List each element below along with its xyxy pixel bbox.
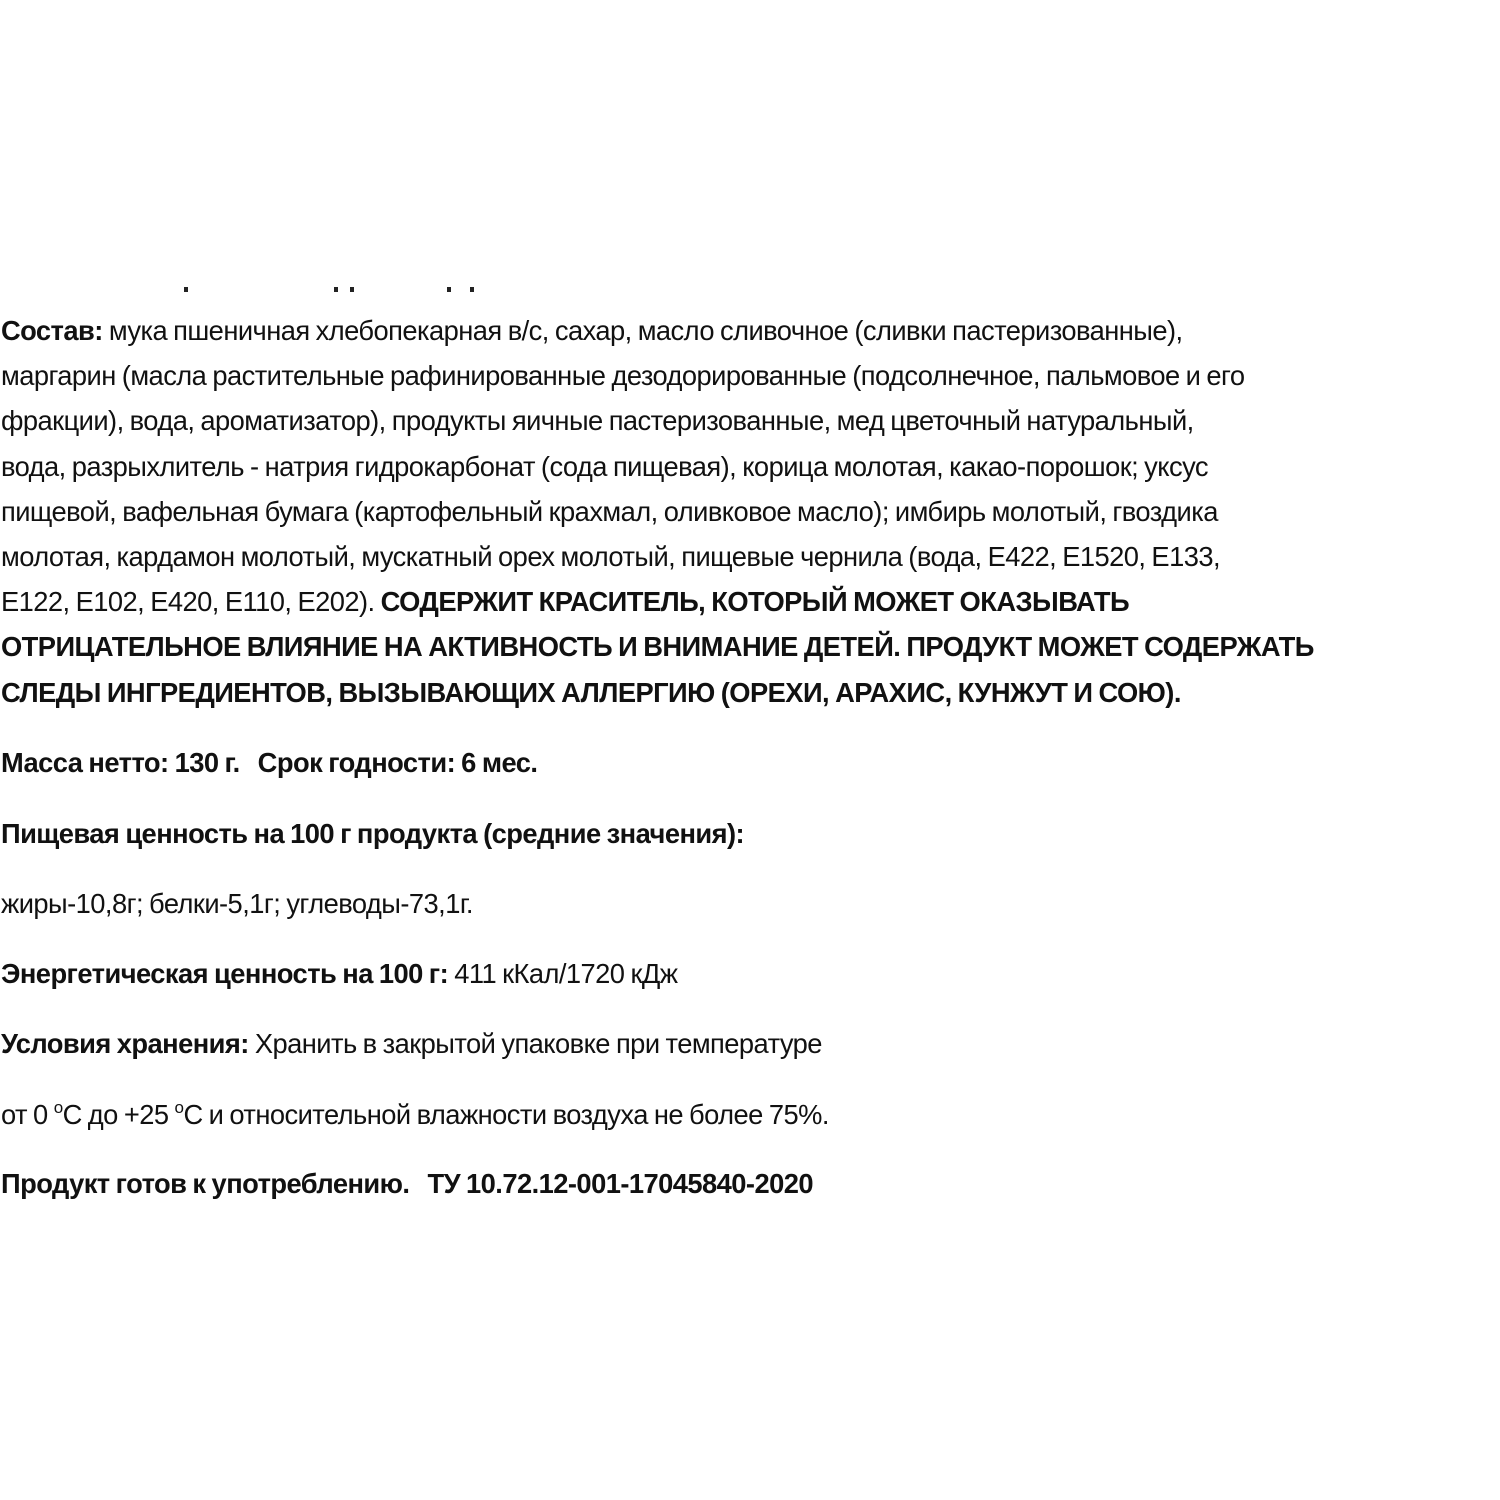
composition-line: Е122, Е102, Е420, Е110, Е202). СОДЕРЖИТ … xyxy=(1,579,1500,624)
dot xyxy=(350,287,354,292)
composition-line: Состав: мука пшеничная хлебопекарная в/с… xyxy=(1,308,1500,353)
storage-label: Условия хранения: xyxy=(1,1028,249,1059)
storage-conditions-row: Условия хранения: Хранить в закрытой упа… xyxy=(1,1028,822,1060)
cropped-text-remnant xyxy=(0,287,700,297)
dot xyxy=(334,287,338,292)
composition-line: молотая, кардамон молотый, мускатный оре… xyxy=(1,534,1500,579)
energy-label: Энергетическая ценность на 100 г: xyxy=(1,958,448,989)
composition-section: Состав: мука пшеничная хлебопекарная в/с… xyxy=(1,308,1500,715)
allergen-warning-line: СЛЕДЫ ИНГРЕДИЕНТОВ, ВЫЗЫВАЮЩИХ АЛЛЕРГИЮ … xyxy=(1,670,1500,715)
dot xyxy=(447,287,451,292)
degree-symbol: о xyxy=(54,1098,63,1117)
nutrition-values: жиры-10,8г; белки-5,1г; углеводы-73,1г. xyxy=(1,888,473,920)
net-weight: Масса нетто: 130 г. xyxy=(1,747,240,778)
composition-line: вода, разрыхлитель - натрия гидрокарбона… xyxy=(1,444,1500,489)
storage-value: Хранить в закрытой упаковке при температ… xyxy=(255,1028,822,1059)
energy-value: 411 кКал/1720 кДж xyxy=(454,958,677,989)
weight-shelf-life-row: Масса нетто: 130 г.Срок годности: 6 мес. xyxy=(1,747,537,779)
technical-standard: ТУ 10.72.12-001-17045840-2020 xyxy=(427,1168,813,1199)
composition-label: Состав: xyxy=(1,315,103,346)
ready-to-eat: Продукт готов к употреблению. xyxy=(1,1168,409,1199)
composition-line: пищевой, вафельная бумага (картофельный … xyxy=(1,489,1500,534)
allergen-warning-line: ОТРИЦАТЕЛЬНОЕ ВЛИЯНИЕ НА АКТИВНОСТЬ И ВН… xyxy=(1,624,1500,669)
dot xyxy=(470,287,474,292)
energy-value-row: Энергетическая ценность на 100 г: 411 кК… xyxy=(1,958,678,990)
ready-standard-row: Продукт готов к употреблению.ТУ 10.72.12… xyxy=(1,1168,813,1200)
nutrition-heading: Пищевая ценность на 100 г продукта (сред… xyxy=(1,818,744,850)
composition-line: фракции), вода, ароматизатор), продукты … xyxy=(1,398,1500,443)
composition-line: маргарин (масла растительные рафинирован… xyxy=(1,353,1500,398)
shelf-life: Срок годности: 6 мес. xyxy=(258,747,538,778)
allergen-warning: СОДЕРЖИТ КРАСИТЕЛЬ, КОТОРЫЙ МОЖЕТ ОКАЗЫВ… xyxy=(381,586,1129,617)
dot xyxy=(184,287,188,292)
storage-temperature-row: от 0 оС до +25 оС и относительной влажно… xyxy=(1,1098,829,1131)
